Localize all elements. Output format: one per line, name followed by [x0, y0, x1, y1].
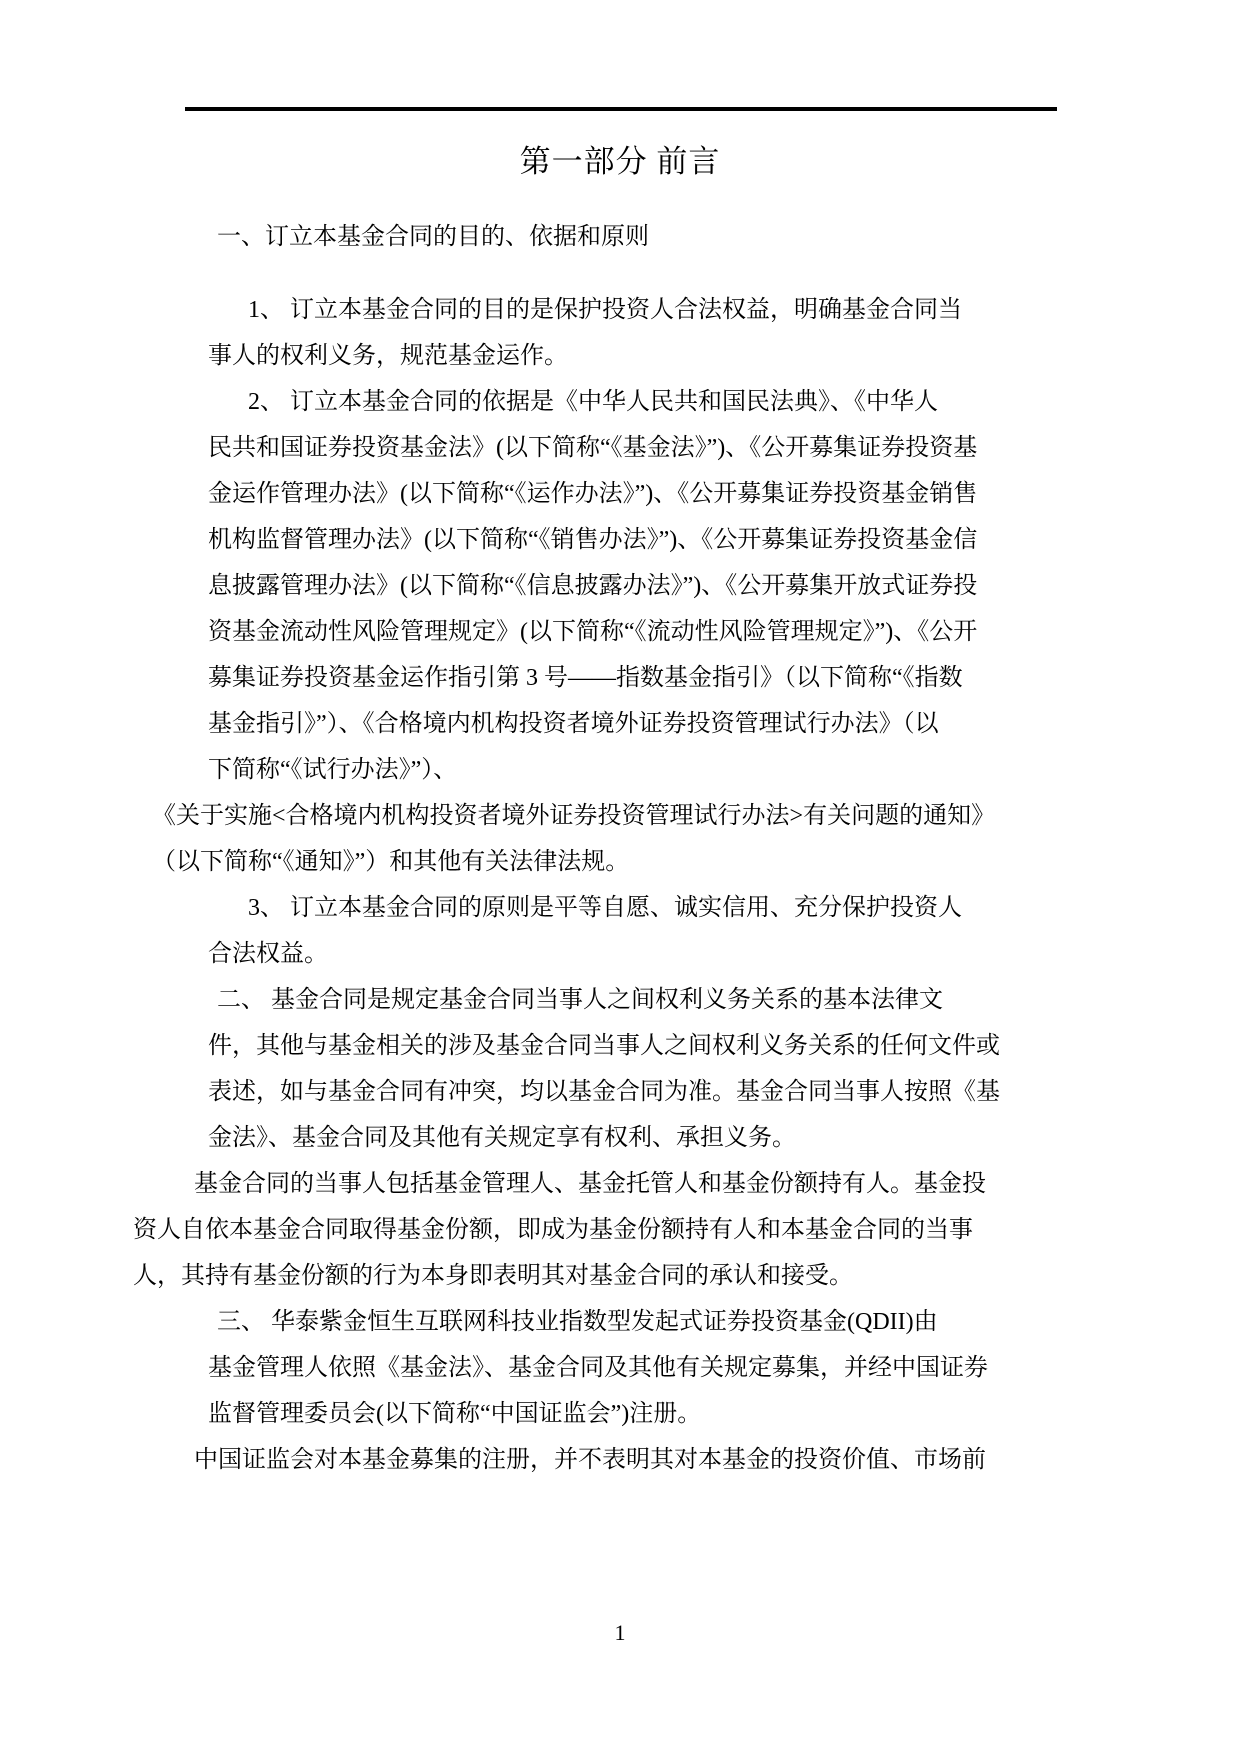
text-line: 《关于实施<合格境内机构投资者境外证券投资管理试行办法>有关问题的通知》: [0, 793, 1240, 839]
text-line: 三、 华泰紫金恒生互联网科技业指数型发起式证券投资基金(QDII)由: [0, 1299, 1240, 1345]
text-line: 监督管理委员会(以下简称“中国证监会”)注册。: [0, 1391, 1240, 1437]
text-line: 基金合同的当事人包括基金管理人、基金托管人和基金份额持有人。基金投: [0, 1161, 1240, 1207]
text-line: 一、订立本基金合同的目的、依据和原则: [0, 214, 1240, 260]
text-line: 资人自依本基金合同取得基金份额，即成为基金份额持有人和本基金合同的当事: [0, 1207, 1240, 1253]
text-line: 件，其他与基金相关的涉及基金合同当事人之间权利义务关系的任何文件或: [0, 1023, 1240, 1069]
text-line: 资基金流动性风险管理规定》(以下简称“《流动性风险管理规定》”)、《公开: [0, 609, 1240, 655]
document-body: 一、订立本基金合同的目的、依据和原则1、 订立本基金合同的目的是保护投资人合法权…: [0, 214, 1240, 1483]
page-title: 第一部分 前言: [0, 136, 1240, 181]
text-line: 金法》、基金合同及其他有关规定享有权利、承担义务。: [0, 1115, 1240, 1161]
text-line: 下简称“《试行办法》”）、: [0, 747, 1240, 793]
page-number: 1: [0, 1620, 1240, 1646]
text-line: 表述，如与基金合同有冲突，均以基金合同为准。基金合同当事人按照《基: [0, 1069, 1240, 1115]
document-page: 第一部分 前言 一、订立本基金合同的目的、依据和原则1、 订立本基金合同的目的是…: [0, 0, 1240, 1754]
text-line: 机构监督管理办法》(以下简称“《销售办法》”)、《公开募集证券投资基金信: [0, 517, 1240, 563]
header-rule: [185, 107, 1057, 111]
text-line: 民共和国证券投资基金法》(以下简称“《基金法》”)、《公开募集证券投资基: [0, 425, 1240, 471]
text-line: 人，其持有基金份额的行为本身即表明其对基金合同的承认和接受。: [0, 1253, 1240, 1299]
text-line: 2、 订立本基金合同的依据是《中华人民共和国民法典》、《中华人: [0, 379, 1240, 425]
text-line: 事人的权利义务，规范基金运作。: [0, 333, 1240, 379]
text-line: 基金指引》”）、《合格境内机构投资者境外证券投资管理试行办法》（以: [0, 701, 1240, 747]
text-line: 1、 订立本基金合同的目的是保护投资人合法权益，明确基金合同当: [0, 287, 1240, 333]
text-line: 二、 基金合同是规定基金合同当事人之间权利义务关系的基本法律文: [0, 977, 1240, 1023]
text-line: （以下简称“《通知》”）和其他有关法律法规。: [0, 839, 1240, 885]
text-line: 3、 订立本基金合同的原则是平等自愿、诚实信用、充分保护投资人: [0, 885, 1240, 931]
text-line: 息披露管理办法》(以下简称“《信息披露办法》”)、《公开募集开放式证券投: [0, 563, 1240, 609]
text-line: 基金管理人依照《基金法》、基金合同及其他有关规定募集，并经中国证券: [0, 1345, 1240, 1391]
text-line: 中国证监会对本基金募集的注册，并不表明其对本基金的投资价值、市场前: [0, 1437, 1240, 1483]
text-line: 合法权益。: [0, 931, 1240, 977]
text-line: 募集证券投资基金运作指引第 3 号——指数基金指引》（以下简称“《指数: [0, 655, 1240, 701]
text-line: 金运作管理办法》(以下简称“《运作办法》”)、《公开募集证券投资基金销售: [0, 471, 1240, 517]
